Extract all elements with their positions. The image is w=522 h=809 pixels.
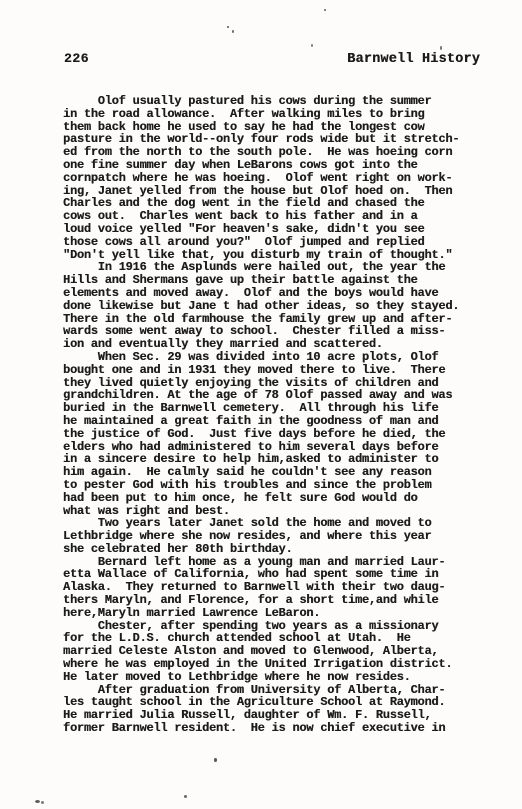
paragraph: After graduation from University of Albe… — [63, 684, 493, 735]
text-line: him again. He calmly said he couldn't se… — [63, 466, 493, 479]
scan-speck — [311, 44, 313, 47]
text-line: to pester God with his troubles and sinc… — [63, 479, 493, 492]
text-line: He later moved to Lethbridge where he no… — [63, 671, 493, 684]
text-line: here,Maryln married Lawrence LeBaron. — [63, 607, 493, 620]
text-line: elements and moved away. Olof and the bo… — [63, 287, 493, 300]
text-line: he maintained a great faith in the goodn… — [63, 415, 493, 428]
scan-speck — [324, 9, 326, 11]
paragraph: Bernard left home as a young man and mar… — [63, 556, 493, 620]
text-line: one fine summer day when LeBarons cows g… — [63, 159, 493, 172]
scan-speck — [184, 795, 187, 798]
scanned-page: 226 Barnwell History Olof usually pastur… — [0, 0, 522, 809]
text-line: bought one and in 1931 they moved there … — [63, 364, 493, 377]
text-line: loud voice yelled "For heaven's sake, di… — [63, 223, 493, 236]
scan-speck — [440, 46, 442, 50]
page-number: 226 — [64, 51, 89, 66]
text-line: had been put to him once, he felt sure G… — [63, 492, 493, 505]
text-line: buried in the Barnwell cemetery. All thr… — [63, 402, 493, 415]
text-line: cornpatch where he was hoeing. Olof went… — [63, 172, 493, 185]
text-line: Lethbridge where she now resides, and wh… — [63, 530, 493, 543]
text-line: she celebrated her 80th birthday. — [63, 543, 493, 556]
paragraph: Olof usually pastured his cows during th… — [63, 95, 493, 261]
running-title: Barnwell History — [347, 52, 480, 67]
paragraph: In 1916 the Asplunds were hailed out, th… — [63, 261, 493, 351]
scan-speck — [227, 26, 229, 28]
text-line: Olof usually pastured his cows during th… — [63, 95, 493, 108]
text-line: in the road allowance. After walking mil… — [63, 108, 493, 121]
page-header: 226 Barnwell History — [64, 51, 480, 67]
paragraph: When Sec. 29 was divided into 10 acre pl… — [63, 351, 493, 517]
scan-speck — [232, 30, 234, 33]
text-line: the justice of God. Just five days befor… — [63, 428, 493, 441]
scan-speck — [35, 800, 40, 803]
paragraph: Two years later Janet sold the home and … — [63, 517, 493, 555]
text-line: done likewise but Jane t had other ideas… — [63, 300, 493, 313]
text-line: When Sec. 29 was divided into 10 acre pl… — [63, 351, 493, 364]
page-body: Olof usually pastured his cows during th… — [63, 95, 493, 735]
text-line: where he was employed in the United Irri… — [63, 658, 493, 671]
scan-speck — [214, 758, 217, 762]
text-line: former Barnwell resident. He is now chie… — [63, 722, 493, 735]
paragraph: Chester, after spending two years as a m… — [63, 620, 493, 684]
text-line: thers Maryln, and Florence, for a short … — [63, 594, 493, 607]
text-line: those cows all around you?" Olof jumped … — [63, 236, 493, 249]
scan-speck — [41, 801, 44, 804]
